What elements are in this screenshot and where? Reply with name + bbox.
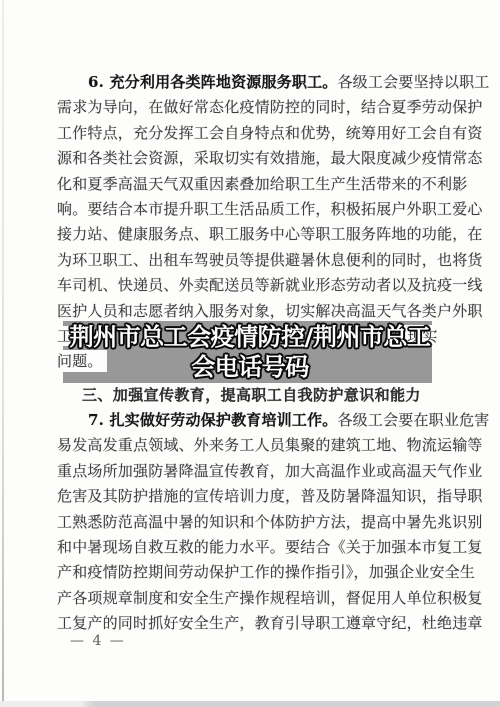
section-heading-3: 三、加强宣传教育，提高职工自我防护意识和能力 (57, 383, 470, 408)
paragraph-7-line: 7. 扎实做好劳动保护教育培训工作。各级工会要在职业危害 (57, 408, 470, 433)
paragraph-6-lead: 6. 充分利用各类阵地资源服务职工。 (88, 73, 337, 91)
paragraph-6-line: 化和夏季高温天气双重因素叠加给职工生产生活带来的不利影 (57, 172, 470, 197)
scan-left-edge-line (2, 0, 4, 707)
paragraph-6-line: 6. 充分利用各类阵地资源服务职工。各级工会要坚持以职工 (57, 70, 470, 95)
paragraph-6-lead-rest: 各级工会要坚持以职工 (337, 73, 489, 91)
page-number: — 4 — (70, 633, 126, 649)
paragraph-7-line: 危害及其防护措施的宣传培训力度，普及防暑降温知识，指导职 (57, 484, 470, 509)
paragraph-7-line: 产各项规章制度和安全生产操作规程培训，督促用人单位积极复 (57, 586, 470, 611)
paragraph-7-line: 重点场所加强防暑降温宣传教育，加大高温作业或高温天气作业 (57, 459, 470, 484)
paragraph-6-line: 响。要结合本市提升职工生活品质工作，积极拓展户外职工爱心 (57, 197, 470, 222)
scanned-document-page: 6. 充分利用各类阵地资源服务职工。各级工会要坚持以职工 需求为导向，在做好常态… (0, 0, 500, 707)
paragraph-7-line: 易发高发重点领域、外来务工人员集聚的建筑工地、物流运输等 (57, 433, 470, 458)
paragraph-6-line: 源和各类社会资源，采取切实有效措施，最大限度减少疫情常态 (57, 146, 470, 171)
paragraph-6-line: 工作特点，充分发挥工会自身特点和优势，统筹用好工会自有资 (57, 121, 470, 146)
watermark-title: 荆州市总工会疫情防控/荆州市总工 会电话号码 (63, 323, 437, 382)
paragraph-6-line: 车司机、快递员、外卖配送员等新就业形态劳动者以及抗疫一线 (57, 273, 470, 298)
paragraph-7-lead: 7. 扎实做好劳动保护教育培训工作。 (88, 411, 337, 429)
paragraph-6-line: 需求为导向，在做好常态化疫情防控的同时，结合夏季劳动保护 (57, 95, 470, 120)
paragraph-6-line: 接力站、健康服务点、职工服务中心等职工服务阵地的功能，在 (57, 222, 470, 247)
scan-bottom-strip (0, 701, 500, 707)
paragraph-7-lead-rest: 各级工会要在职业危害 (337, 411, 489, 429)
watermark-title-line1: 荆州市总工会疫情防控/荆州市总工 (63, 323, 437, 353)
paragraph-7-line: 和中暑现场自救互救的能力水平。要结合《关于加强本市复工复 (57, 535, 470, 560)
paragraph-7-line: 产和疫情防控期间劳动保护工作的操作指引》，加强企业安全生 (57, 560, 470, 585)
watermark-title-line2: 会电话号码 (63, 353, 437, 383)
paragraph-7-line: 工熟悉防范高温中暑的知识和个体防护方法，提高中暑先兆识别 (57, 510, 470, 535)
paragraph-6-line: 为环卫职工、出租车驾驶员等提供避暑休息便利的同时，也将货 (57, 248, 470, 273)
